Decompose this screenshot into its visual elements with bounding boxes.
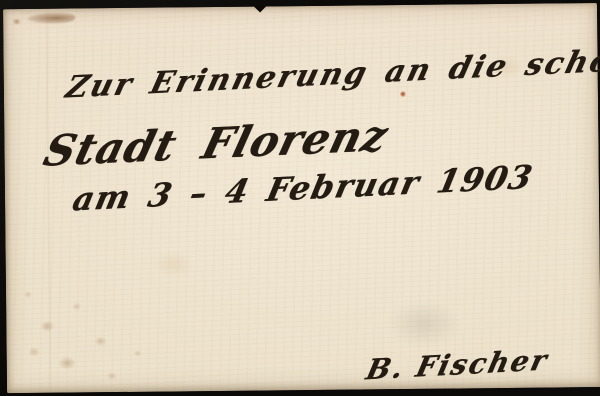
scan-background: Zur Erinnerung an die schöne Stadt Flore…	[0, 0, 600, 396]
handwritten-card: Zur Erinnerung an die schöne Stadt Flore…	[3, 3, 600, 393]
edge-nick	[253, 5, 267, 12]
